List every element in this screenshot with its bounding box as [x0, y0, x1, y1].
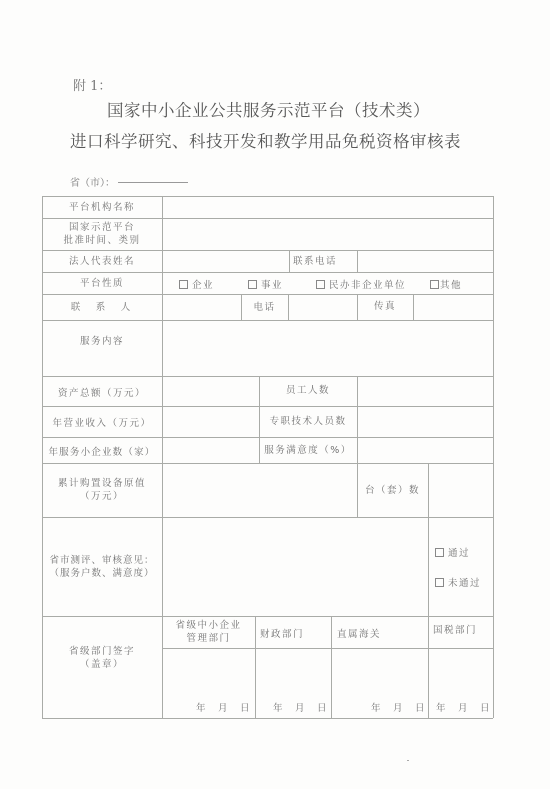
dept-sme-header: 省级中小企业 管理部门 — [162, 616, 255, 648]
sme-served-label: 年服务小企业数（家） — [42, 439, 162, 465]
total-assets-field[interactable] — [163, 377, 259, 406]
approval-label: 国家示范平台 批准时间、类别 — [42, 218, 162, 250]
equipment-label-line1: 累计购置设备原值 — [58, 477, 146, 490]
checkbox-icon[interactable] — [430, 280, 439, 289]
nature-option-other[interactable]: 其他 — [430, 277, 462, 291]
nature-option-nonprofit[interactable]: 民办非企业单位 — [316, 277, 406, 291]
platform-name-field[interactable] — [163, 197, 493, 218]
fax-label: 传真 — [357, 294, 413, 318]
sme-dept-signature-field[interactable]: 年 月 日 — [163, 649, 251, 715]
finance-signature-field[interactable]: 年 月 日 — [256, 649, 328, 715]
legal-rep-field[interactable] — [163, 251, 289, 272]
date-label: 年 月 日 — [371, 702, 426, 715]
nature-label: 平台性质 — [42, 272, 162, 294]
nature-option-institution[interactable]: 事业 — [248, 277, 283, 291]
dept-tax-header: 国税部门 — [433, 616, 493, 644]
tech-staff-label: 专职技术人员数 — [259, 406, 357, 437]
annual-revenue-label: 年营业收入（万元） — [42, 408, 162, 439]
employees-label: 员工人数 — [259, 376, 357, 404]
units-field[interactable] — [429, 464, 493, 517]
checkbox-icon[interactable] — [435, 578, 444, 587]
tech-staff-field[interactable] — [358, 407, 493, 437]
annual-revenue-field[interactable] — [163, 407, 259, 437]
approval-label-line2: 批准时间、类别 — [63, 234, 140, 247]
title-line-2: 进口科学研究、科技开发和教学用品免税资格审核表 — [70, 128, 461, 152]
review-opinion-label: 省市测评、审核意见： （服务户数、满意度） — [42, 517, 162, 616]
satisfaction-label: 服务满意度（%） — [259, 437, 357, 463]
employees-field[interactable] — [358, 377, 493, 406]
checkbox-icon[interactable] — [316, 280, 325, 289]
review-opinion-field[interactable] — [163, 518, 428, 616]
sign-label-line1: 省级部门签字 — [69, 645, 135, 658]
checkbox-icon[interactable] — [435, 548, 444, 557]
dept-sme-line1: 省级中小企业 — [175, 619, 241, 632]
table-border — [42, 718, 493, 719]
contact-phone-label: 联系电话 — [289, 250, 357, 272]
contact-person-label: 联 系 人 — [42, 294, 162, 320]
approval-field[interactable] — [163, 219, 493, 250]
review-option-pass[interactable]: 通过 — [435, 545, 470, 559]
sme-served-field[interactable] — [163, 438, 259, 463]
contact-person-field[interactable] — [163, 295, 241, 320]
dept-finance-header: 财政部门 — [260, 620, 330, 648]
scan-speck — [407, 760, 409, 761]
customs-signature-field[interactable]: 年 月 日 — [332, 649, 426, 715]
contact-phone-field[interactable] — [358, 251, 493, 272]
review-option-fail[interactable]: 未通过 — [435, 575, 481, 589]
equipment-label-line2: （万元） — [80, 490, 124, 503]
equipment-value-label: 累计购置设备原值 （万元） — [42, 463, 162, 517]
date-label: 年 月 日 — [196, 702, 251, 715]
checkbox-icon[interactable] — [248, 280, 257, 289]
province-label: 省（市）： — [70, 174, 115, 189]
service-content-field[interactable] — [163, 321, 493, 376]
date-label: 年 月 日 — [273, 702, 328, 715]
attachment-label: 附 1： — [73, 75, 111, 94]
provincial-signature-label: 省级部门签字 （盖章） — [42, 616, 162, 718]
total-assets-label: 资产总额（万元） — [42, 378, 162, 408]
title-line-1: 国家中小企业公共服务示范平台（技术类） — [107, 97, 430, 121]
province-input[interactable] — [118, 182, 188, 183]
table-border — [493, 196, 494, 718]
dept-customs-header: 直属海关 — [337, 620, 427, 648]
approval-label-line1: 国家示范平台 — [69, 221, 135, 234]
legal-rep-label: 法人代表姓名 — [42, 250, 162, 272]
review-label-line2: （服务户数、满意度） — [49, 567, 154, 580]
checkbox-icon[interactable] — [179, 280, 188, 289]
tax-signature-field[interactable]: 年 月 日 — [429, 649, 491, 715]
review-label-line1: 省市测评、审核意见： — [49, 554, 154, 567]
platform-name-label: 平台机构名称 — [42, 196, 162, 218]
dept-sme-line2: 管理部门 — [186, 632, 230, 645]
sign-label-line2: （盖章） — [80, 658, 124, 671]
satisfaction-field[interactable] — [358, 438, 493, 463]
equipment-value-field[interactable] — [163, 464, 357, 517]
phone-field[interactable] — [289, 295, 357, 320]
nature-option-enterprise[interactable]: 企业 — [179, 277, 214, 291]
phone-label: 电话 — [241, 294, 288, 320]
fax-field[interactable] — [414, 295, 493, 320]
service-content-label: 服务内容 — [42, 320, 162, 362]
units-label: 台（套）数 — [357, 463, 428, 517]
date-label: 年 月 日 — [436, 702, 491, 715]
